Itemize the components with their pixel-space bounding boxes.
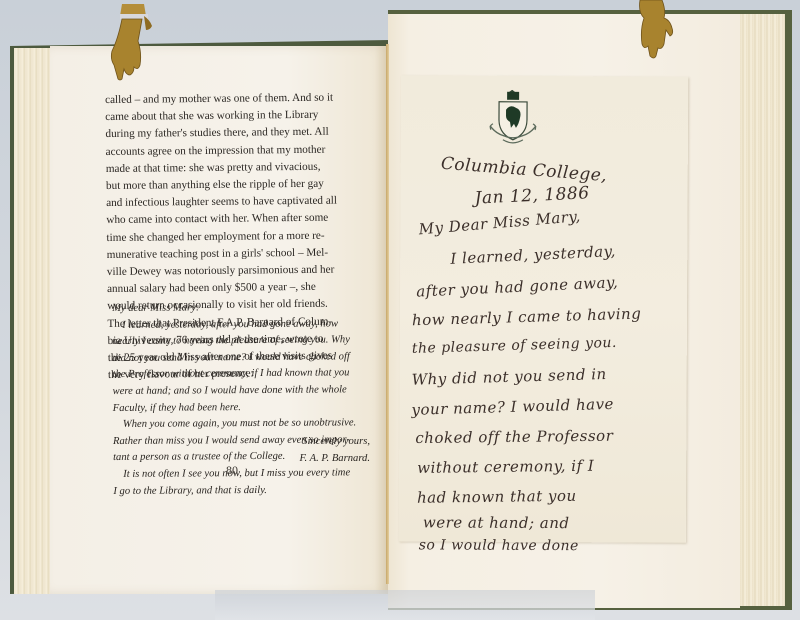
text-line: Faculty, if they had been here. <box>113 399 375 417</box>
handwritten-line: Columbia College, <box>440 154 608 186</box>
handwritten-line: without ceremony, if I <box>417 457 594 477</box>
text-line: the Professor without ceremony, if I had… <box>112 366 374 384</box>
handwritten-line: were at hand; and <box>423 513 570 532</box>
handwritten-line: your name? I would have <box>411 395 614 419</box>
brass-hand-clip-left-icon <box>108 2 158 82</box>
handwritten-line: the pleasure of seeing you. <box>412 335 617 357</box>
text-line: It is not often I see you now, but I mis… <box>113 465 375 483</box>
facsimile-letter: Columbia College, Jan 12, 1886 My Dear M… <box>399 75 688 542</box>
text-line: did not you send in your name? I would h… <box>112 349 374 367</box>
handwritten-line: Why did not you send in <box>411 365 607 389</box>
page-number: 80 <box>226 463 238 478</box>
handwritten-line: how nearly I came to having <box>412 305 642 330</box>
text-line: I go to the Library, and that is daily. <box>113 482 375 500</box>
handwritten-line: I learned, yesterday, <box>450 242 616 268</box>
handwritten-line: choked off the Professor <box>415 427 613 447</box>
book-photo: called – and my mother was one of them. … <box>0 0 800 620</box>
crest-with-bear-icon <box>487 90 539 152</box>
book-gutter <box>386 44 389 584</box>
text-line: When you come again, you must not be so … <box>113 415 375 433</box>
quoted-letter: My dear Miss Mary: I learned, yesterday,… <box>112 299 375 500</box>
page-edges-right <box>735 14 785 606</box>
text-line: I learned, yesterday, after you had gone… <box>112 316 374 334</box>
acrylic-stand <box>215 590 595 620</box>
letter-salutation: My dear Miss Mary: <box>112 299 374 317</box>
handwritten-line: had known that you <box>417 487 577 507</box>
text-line: and infectious laughter seems to have ca… <box>106 192 374 212</box>
brass-hand-clip-right-icon <box>632 0 678 62</box>
handwritten-line: My Dear Miss Mary, <box>418 207 581 238</box>
letter-signoff: Sincerely yours, F. A. P. Barnard. <box>260 434 370 467</box>
page-edges-left <box>14 48 54 594</box>
text-line: called – and my mother was one of them. … <box>105 89 373 109</box>
text-line: were at hand; and so I would have done w… <box>113 382 375 400</box>
handwritten-line: Jan 12, 1886 <box>474 183 590 208</box>
text-line: nearly I came to having the pleasure of … <box>112 332 374 350</box>
letter-closing: Sincerely yours, <box>260 434 370 451</box>
handwritten-line: after you had gone away, <box>416 273 619 301</box>
handwritten-line: so I would have done <box>419 537 579 554</box>
letter-signature: F. A. P. Barnard. <box>260 451 370 468</box>
